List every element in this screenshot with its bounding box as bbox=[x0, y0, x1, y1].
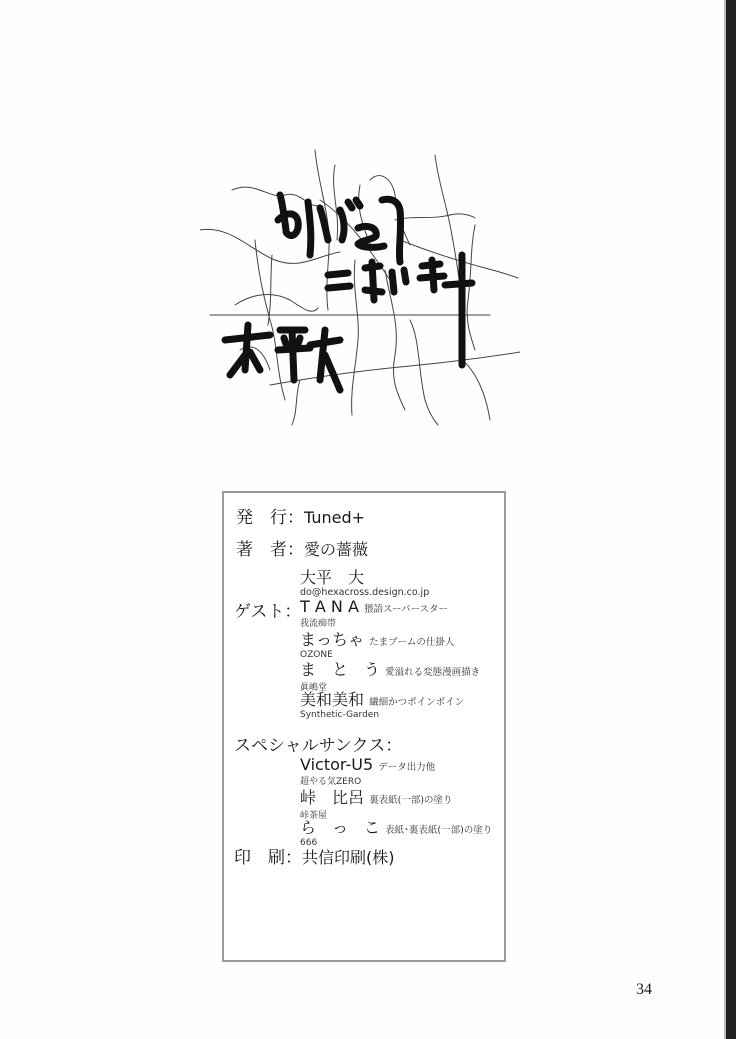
guest-entry: まっちゃ たまブームの仕掛人 OZONE bbox=[300, 627, 454, 660]
author-member-name: 大平 大 bbox=[300, 565, 429, 588]
author-label: 著 者： bbox=[236, 540, 304, 560]
page-number: 34 bbox=[636, 981, 652, 999]
guest-entry: T A N A 猥語スーパースター 我流痴帯 bbox=[300, 597, 448, 629]
guest-role: 猥語スーパースター bbox=[364, 604, 448, 615]
guest-name: T A N A bbox=[300, 597, 359, 616]
page-spine-shadow bbox=[726, 0, 736, 1039]
thanks-role: 裏表紙(一部)の塗り bbox=[369, 795, 452, 806]
guest-name: ま と う bbox=[300, 660, 380, 679]
handwritten-thanks-illustration bbox=[200, 140, 520, 430]
special-thanks-label: スペシャルサンクス： bbox=[234, 731, 402, 756]
colophon-box: 発 行：Tuned+ 著 者：愛の薔薇 大平 大 do@hexacross.de… bbox=[222, 491, 506, 962]
guest-circle: Synthetic-Garden bbox=[300, 710, 464, 720]
guest-entry: 美和美和 繊細かつボインボイン Synthetic-Garden bbox=[300, 687, 464, 720]
thanks-entry: Victor-U5 データ出力他 超やる気ZERO bbox=[300, 755, 435, 787]
guest-role: 愛溢れる変態漫画描き bbox=[385, 667, 480, 678]
author-member: 大平 大 do@hexacross.design.co.jp bbox=[300, 565, 429, 598]
guest-label: ゲスト： bbox=[234, 597, 301, 622]
author-value: 愛の薔薇 bbox=[304, 540, 368, 559]
publisher-label: 発 行： bbox=[236, 508, 304, 528]
printer-label: 印 刷： bbox=[234, 848, 302, 868]
guest-name: 美和美和 bbox=[300, 690, 364, 709]
printer-row: 印 刷：共信印刷(株) bbox=[234, 843, 395, 868]
author-row: 著 者：愛の薔薇 bbox=[236, 535, 368, 560]
guest-role: たまブームの仕掛人 bbox=[369, 637, 454, 648]
thanks-role: データ出力他 bbox=[378, 762, 435, 773]
thanks-role: 表紙･裏表紙(一部)の塗り bbox=[385, 825, 492, 836]
printer-value: 共信印刷(株) bbox=[302, 848, 395, 867]
publisher-row: 発 行：Tuned+ bbox=[236, 503, 365, 528]
thanks-name: Victor-U5 bbox=[300, 755, 373, 774]
guest-name: まっちゃ bbox=[300, 630, 364, 649]
guest-role: 繊細かつボインボイン bbox=[369, 697, 464, 708]
thanks-name: 峠 比呂 bbox=[300, 788, 364, 807]
publisher-value: Tuned+ bbox=[304, 508, 365, 527]
thanks-name: ら っ こ bbox=[300, 818, 380, 837]
